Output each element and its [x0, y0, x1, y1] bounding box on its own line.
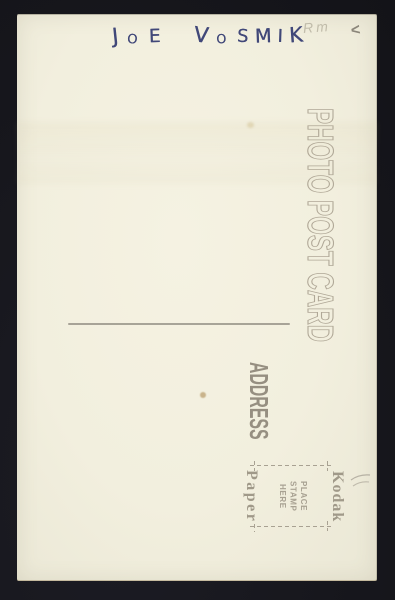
stamp-instruction: PLACE STAMP HERE	[276, 479, 308, 513]
photo-backdrop: JOE VOSMIK Rm < PHOTO POST CARD ADDRESS …	[0, 0, 395, 600]
postcard: JOE VOSMIK Rm < PHOTO POST CARD ADDRESS …	[17, 14, 377, 581]
stamp-box-border-top	[250, 465, 332, 466]
divider-line	[68, 323, 290, 325]
stamp-box-border-right	[327, 521, 328, 531]
paper-label: Paper	[242, 469, 260, 525]
pencil-note: Rm	[302, 18, 331, 36]
stamp-box-border-left	[254, 524, 255, 532]
pencil-check-mark: <	[350, 21, 362, 40]
handwritten-name: JOE VOSMIK	[112, 15, 303, 57]
stamp-box: Kodak Paper PLACE STAMP HERE	[254, 465, 328, 527]
stain-spot	[247, 122, 254, 128]
pencil-squiggle	[348, 468, 374, 490]
address-label: ADDRESS	[248, 362, 270, 441]
stamp-box-border-bottom	[250, 526, 332, 527]
stamp-box-border-right	[327, 461, 328, 471]
kodak-label: Kodak	[328, 471, 346, 521]
stain-spot	[200, 392, 206, 398]
photo-post-card-title: PHOTO POST CARD	[305, 108, 335, 352]
